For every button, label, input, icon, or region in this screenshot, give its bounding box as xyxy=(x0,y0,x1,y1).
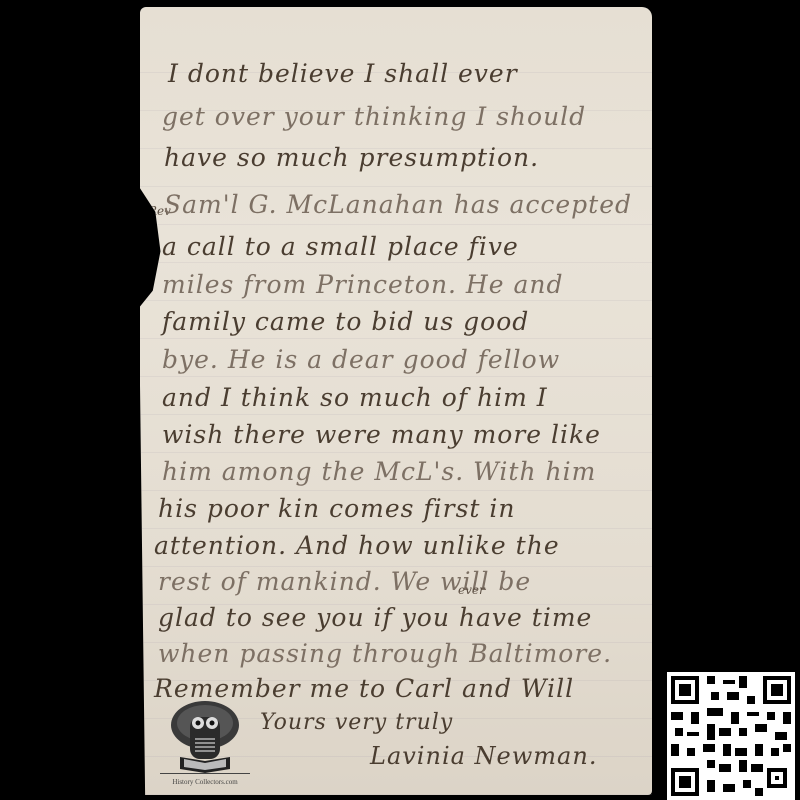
letter-line-12: his poor kin comes first in xyxy=(158,494,516,523)
letter-line-15: glad to see you if you have time xyxy=(158,603,592,632)
letter-line-2: get over your thinking I should xyxy=(162,102,586,131)
history-collectors-watermark: History Collectors.com xyxy=(150,695,260,795)
letter-closing: Yours very truly xyxy=(260,710,453,735)
letter-line-13: attention. And how unlike the xyxy=(154,531,560,560)
letter-line-7: family came to bid us good xyxy=(162,307,529,336)
letter-line-9: and I think so much of him I xyxy=(162,383,548,412)
letter-line-8: bye. He is a dear good fellow xyxy=(162,345,560,374)
watermark-text: History Collectors.com xyxy=(150,778,260,786)
owl-on-book-icon xyxy=(150,695,260,777)
letter-line-3: have so much presumption. xyxy=(164,143,539,172)
insertion-ever: ever xyxy=(458,583,485,597)
letter-signature: Lavinia Newman. xyxy=(370,742,597,770)
letter-line-11: him among the McL's. With him xyxy=(162,457,596,486)
qr-code-icon xyxy=(667,672,795,800)
letter-line-5: a call to a small place five xyxy=(162,232,519,261)
qr-code[interactable] xyxy=(667,672,795,800)
letter-line-6: miles from Princeton. He and xyxy=(162,270,564,299)
letter-line-4: Sam'l G. McLanahan has accepted xyxy=(164,190,632,219)
letter-line-10: wish there were many more like xyxy=(162,420,601,449)
letter-line-16: when passing through Baltimore. xyxy=(158,639,612,668)
letter-page: Rev I dont believe I shall ever get over… xyxy=(140,7,652,795)
letter-line-1: I dont believe I shall ever xyxy=(168,59,518,88)
